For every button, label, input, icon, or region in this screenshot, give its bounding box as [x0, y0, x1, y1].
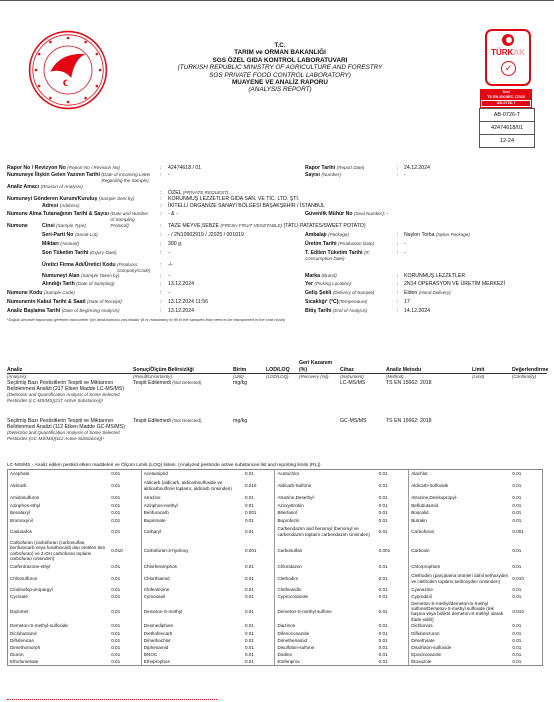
substance-name: Dimethomorph [8, 644, 110, 651]
substance-loq: 0.01 [243, 637, 275, 644]
value-package: Naylon Torba (Nylon Package) [404, 232, 470, 238]
value-report-no: 42474618 / 01 [168, 165, 201, 171]
substance-loq: 0.001 [377, 539, 409, 563]
accreditation-no: AB-0726-T [480, 109, 534, 122]
substance-name: Diethofencarb [141, 630, 243, 637]
analysis-row-1-unit: mg/kg [233, 380, 247, 386]
substance-name: Acephate [8, 470, 110, 478]
substance-name: Diuron [8, 651, 110, 658]
substance-name: Cycloate [8, 594, 110, 601]
field-address: Adresi (Address) [42, 203, 80, 209]
substance-loq: 0.01 [243, 651, 275, 658]
field-expiry-date: Son Tüketim Tarihi (Expiry Date) [42, 250, 117, 256]
substance-loq: 0.01 [243, 572, 275, 586]
substance-name: Chloridazon [275, 563, 377, 572]
substance-name: Azinphos-methyl [141, 503, 243, 510]
substance-loq: 0.01 [109, 572, 141, 586]
substance-loq: 0.01 [109, 470, 141, 478]
substance-name: Clethodim [275, 572, 377, 586]
substance-loq: 0.01 [109, 644, 141, 651]
substance-name: Buprofezin [275, 517, 377, 525]
substance-loq: 0.01 [243, 630, 275, 637]
value-sent-by: KORUNMUŞ LEZZETLER GIDA SAN. VE TİC. LTD… [168, 196, 299, 202]
field-temperature: Sıcaklığı¹ (°C)(Temperature) [305, 299, 367, 305]
col-analysis-en: (Analysis) [7, 374, 26, 379]
substance-loq: 0.01 [243, 586, 275, 594]
substance-name: Diflubenzuron [409, 630, 511, 637]
substance-name: Ethofumesate [8, 658, 110, 665]
value-amount: 300 g [168, 241, 181, 247]
analysis-row-1-name: Seçilmiş Bazı Pestisitlerin Tespiti ve M… [7, 380, 125, 404]
substance-loq: 0.01 [109, 630, 141, 637]
table-row: Bromoxynil0.01Bupirimate0.01Buprofezin0.… [8, 517, 543, 525]
value-production-date: - [404, 241, 406, 247]
substance-name: Difenoconazole [275, 630, 377, 637]
substance-loq: 0.01 [377, 563, 409, 572]
table-row: Diuron0.01DNOC0.01Dodine0.01Epoxiconazol… [8, 651, 543, 658]
analysis-row-1-instrument: LC-MS/MS [340, 380, 365, 386]
substance-loq: 0.01 [377, 601, 409, 623]
substance-name: Dazomet [8, 601, 110, 623]
substance-name: Clothianidin [275, 586, 377, 594]
value-temperature: 17 [404, 299, 410, 305]
substance-loq: 0.01 [243, 644, 275, 651]
turkak-accreditation-logo: TÜRKAK ✓ Test TS EN ISO/IEC 17025 AB-072… [480, 29, 533, 108]
substance-loq: 0.01 [243, 658, 275, 665]
col-method-en: (Method) [386, 374, 404, 379]
substance-name: Aldicarb [8, 478, 110, 494]
table-row: Amidosulfuron0.01Atrazine0.01Atrazine,De… [8, 494, 543, 503]
substance-loq: 0.01 [109, 510, 141, 517]
substance-loq: 0.01 [377, 651, 409, 658]
substance-name: DNOC [141, 651, 243, 658]
substance-loq: 0.01 [109, 503, 141, 510]
field-picking-location: Yer (Picking Location) [305, 281, 351, 287]
substance-loq: 0.001 [243, 539, 275, 563]
analysis-row-1-result: Tespit Edilemedi (Not Detected) [133, 380, 202, 386]
substance-loq: 0.01 [377, 658, 409, 665]
substance-name: Cadusafos [8, 525, 110, 539]
substance-loq: 0.01 [243, 525, 275, 539]
substance-name: Benalaxyl [8, 510, 110, 517]
value-number: - [404, 172, 406, 178]
table-row: Dazomet0.01Demeton-S-methyl0.01Demeton-S… [8, 601, 543, 623]
brand-main: TÜRK [491, 48, 513, 57]
substance-name: Carbofuran-3-hydroxy [141, 539, 243, 563]
field-recommended-consumption-date: T. Edilen Tüketim Tarihi (R. Consumption… [305, 250, 395, 262]
field-sample-type: Numune [7, 223, 28, 229]
substance-loq: 0.010 [510, 601, 542, 623]
substance-loq: 0.01 [510, 658, 542, 665]
substance-name: Cymoxanil [141, 594, 243, 601]
table-row: Dimethomorph0.01Diphenamid0.01Disulfoton… [8, 644, 543, 651]
field-reason: Analiz Amacı (Reason of Analysis) [7, 184, 83, 190]
table-row: Cycloate0.01Cymoxanil0.01Cyproconazole0.… [8, 594, 543, 601]
substance-name: Cyanazine [409, 586, 511, 594]
value-sampling-protocol: - & - [168, 211, 178, 217]
field-production-date: Üretim Tarihi (Production Date) [305, 241, 374, 247]
substance-loq: 0.01 [109, 637, 141, 644]
field-end-of-analysis: Bitiş Tarihi (End of Analysis) [305, 308, 367, 314]
report-id-boxes: AB-0726-T 42474618/01 12-24 [479, 108, 535, 148]
field-sample-taken-by: Numuneyi Alan (Sample Taken by) [42, 273, 119, 279]
substance-loq: 0.01 [243, 622, 275, 630]
field-amount: Miktarı (Amount) [42, 241, 79, 247]
analysis-row-2-name: Seçilmiş Bazı Pestisitlerin Tespiti ve M… [7, 418, 125, 442]
substance-name: Dimethoate [409, 637, 511, 644]
substance-name: Carbosulfan [275, 539, 377, 563]
table-row: Demeton-S-methyl-sulfoxide0.01Desmedipha… [8, 622, 543, 630]
table-header-divider [7, 373, 547, 374]
substance-name: Desmedipham [141, 622, 243, 630]
substance-loq: 0.01 [510, 503, 542, 510]
substance-loq: 0.01 [510, 594, 542, 601]
table-row: Chlorsulfuron0.01Chlorthiamid0.01Clethod… [8, 572, 543, 586]
analysis-row-2-unit: mg/kg [233, 418, 247, 424]
field-receipt-date: Numunenin Kabul Tarihi & Saati (Date of … [7, 299, 122, 305]
substance-name: Etofenprox [275, 658, 377, 665]
lod-list-table: Acephate0.01Acetamiprid0.01Acetochlor0.0… [7, 469, 543, 666]
substance-name: Atrazine [141, 494, 243, 503]
substance-name: Butralin [409, 517, 511, 525]
substance-loq: 0.01 [510, 517, 542, 525]
substance-loq: 0.01 [377, 478, 409, 494]
field-delivery: Geliş Şekli (Delivery of Sample) [305, 290, 374, 296]
substance-name: Azinphos-ethyl [8, 503, 110, 510]
substance-name: Cyproconazole [275, 594, 377, 601]
substance-name: Acetamiprid [141, 470, 243, 478]
substance-name: Azoxystrobin [275, 503, 377, 510]
substance-name: Boscalid [409, 510, 511, 517]
substance-name: Demeton-S-methyl-sulfoxide [8, 622, 110, 630]
substance-name: Benfuracarb [141, 510, 243, 517]
substance-loq: 0.01 [377, 622, 409, 630]
value-expiry-date: - [168, 250, 170, 256]
substance-loq: 0.01 [109, 494, 141, 503]
substance-loq: 0.010 [243, 478, 275, 494]
substance-name: Aldicarb-Sulfone [275, 478, 377, 494]
substance-loq: 0.01 [109, 622, 141, 630]
substance-loq: 0.01 [510, 651, 542, 658]
ministry-name-en: (TURKISH REPUBLIC MINISTRY OF AGRICULTUR… [130, 64, 430, 71]
field-brand: Marka (Brand) [305, 273, 337, 279]
accreditation-code: AB-0726-T [481, 100, 531, 107]
substance-loq: 0.01 [377, 630, 409, 637]
substance-loq: 0.010 [510, 572, 542, 586]
table-row: Acephate0.01Acetamiprid0.01Acetochlor0.0… [8, 470, 543, 478]
ministry-name: TARIM ve ORMAN BAKANLIĞI [130, 49, 430, 56]
substance-loq: 0.01 [243, 601, 275, 623]
substance-loq: 0.01 [377, 517, 409, 525]
substance-name: Carbendazim and benomyl (benomyl ve carb… [275, 525, 377, 539]
substance-name: Clodinafop-propargyl [8, 586, 110, 594]
table-row: Clodinafop-propargyl0.01Clofentezine0.01… [8, 586, 543, 594]
substance-loq: 0.01 [510, 478, 542, 494]
lab-name-en: SGS PRIVATE FOOD CONTROL LABORATORY) [130, 72, 430, 79]
value-serial-lot: - / 2N10902919 / J2025 / 001019 [168, 232, 244, 238]
substance-name: Chlorthiamid [141, 572, 243, 586]
value-receipt-date: 13.12.2024 11:56 [168, 299, 208, 305]
substance-name: Diazinon [275, 622, 377, 630]
substance-name: Dichlorvos [409, 622, 511, 630]
table-row: Diflufenican0.01Dimethachlor0.01Dimethen… [8, 637, 543, 644]
substance-loq: 0.01 [377, 637, 409, 644]
field-sample-type-label: Cinsi (Sample Type) [42, 223, 86, 229]
lod-list-title: LC-MS/MS - Analiz edilen pestisit etken … [7, 463, 321, 468]
substance-loq: 0.01 [109, 658, 141, 665]
substance-name: Alachlor [409, 470, 511, 478]
substance-name: Dimethenamid [275, 637, 377, 644]
field-seal-number: Güvenlik Mühür No (Seal Number): - [305, 211, 389, 217]
substance-loq: 0.01 [377, 503, 409, 510]
substance-name: Atrazine,Desisopropyl- [409, 494, 511, 503]
table-row: Aldicarb0.01Aldicarb (aldicarb, aldicarb… [8, 478, 543, 494]
substance-name: Carfentrazone-ethyl [8, 563, 110, 572]
crescent-icon [502, 34, 514, 46]
substance-name: Carboxin [409, 539, 511, 563]
substance-loq: 0.001 [510, 525, 542, 539]
brand-accent: AK [513, 48, 525, 57]
substance-loq: 0.01 [109, 478, 141, 494]
substance-loq: 0.01 [109, 594, 141, 601]
value-delivery: Elden (Hand Delivery) [404, 290, 451, 296]
substance-name: Dodine [275, 651, 377, 658]
substance-name: Demeton-S-methyl sulfone [275, 601, 377, 623]
substance-loq: 0.01 [109, 563, 141, 572]
col-lod-loq-en: (LOD/LOQ) [266, 374, 288, 379]
substance-loq: 0.01 [243, 563, 275, 572]
check-icon: ✓ [501, 61, 516, 76]
value-producer: -/- [168, 262, 173, 268]
col-recovery: Geri Kazanım (%) [299, 360, 339, 373]
substance-loq: 0.01 [510, 622, 542, 630]
substance-name: Chlorfenvinphos [141, 563, 243, 572]
substance-name: Diphenamid [141, 644, 243, 651]
col-unit-en: (Unit) [233, 374, 244, 379]
substance-loq: 0.01 [510, 630, 542, 637]
substance-loq: 0.01 [243, 470, 275, 478]
substance-loq: 0.01 [510, 539, 542, 563]
substance-loq: 0.01 [243, 503, 275, 510]
analysis-row-1-method: TS EN 15662: 2018 [386, 380, 432, 386]
field-sent-by: Numuneyi Gönderen Kurum/Kuruluş (Sample … [7, 196, 134, 202]
substance-name: Disulfoton-sulfoxide [409, 644, 511, 651]
substance-loq: 0.01 [510, 586, 542, 594]
field-analysis-start: Analiz Başlama Tarihi (Date of Beginning… [7, 308, 120, 314]
substance-name: Etoxazole [409, 658, 511, 665]
substance-loq: 0.01 [243, 517, 275, 525]
substance-name: Bromoxynil [8, 517, 110, 525]
cold-chain-footnote: ¹Soğuk zincirde taşınması gereken numune… [7, 317, 285, 322]
report-header: T.C. TARIM ve ORMAN BAKANLIĞI SGS ÖZEL G… [130, 42, 430, 94]
substance-loq: 0.01 [377, 494, 409, 503]
substance-loq: 0.01 [109, 586, 141, 594]
substance-loq: 0.01 [510, 644, 542, 651]
substance-name: Chlorsulfuron [8, 572, 110, 586]
substance-loq: 0.01 [377, 644, 409, 651]
substance-loq: 0.01 [109, 601, 141, 623]
col-limit-en: (Limit) [472, 374, 484, 379]
substance-name: Diclobutrazol [8, 630, 110, 637]
substance-name: Chlorpropham [409, 563, 511, 572]
table-row: Benalaxyl0.01Benfuracarb0.001Bitertanol0… [8, 510, 543, 517]
substance-name: Epoxiconazole [409, 651, 511, 658]
substance-name: Disulfoton-sulfone [275, 644, 377, 651]
value-sampling-date: 13.12.2024 [168, 281, 194, 287]
turkak-word: TÜRKAK [487, 48, 529, 57]
field-number: Sayısı (Number) [305, 172, 341, 178]
analysis-row-2-result: Tespit Edilemedi (Not Detected) [133, 418, 202, 424]
table-row: Cadusafos0.01Carbaryl0.01Carbendazim and… [8, 525, 543, 539]
field-incoming-letter-date: Numuneye İlişkin Gelen Yazının Tarihi (D… [7, 172, 161, 184]
substance-name: Carbofuran [409, 525, 511, 539]
substance-name: Aldicarb-Sulfoxide [409, 478, 511, 494]
substance-name: Clofentezine [141, 586, 243, 594]
field-report-date: Rapor Tarihi (Report Date) [305, 165, 364, 171]
col-instrument-en: (Instrument) [340, 374, 364, 379]
table-row: Ethofumesate0.01Ethoprophos0.01Etofenpro… [8, 658, 543, 665]
substance-name: Dimethachlor [141, 637, 243, 644]
substance-loq: 0.001 [243, 510, 275, 517]
substance-loq: 0.01 [377, 510, 409, 517]
substance-loq: 0.01 [109, 525, 141, 539]
table-row: Carfentrazone-ethyl0.01Chlorfenvinphos0.… [8, 563, 543, 572]
ministry-seal-icon [28, 30, 108, 110]
substance-name: Diflufenican [8, 637, 110, 644]
substance-loq: 0.01 [377, 470, 409, 478]
field-package: Ambalajı (Package) [305, 232, 349, 238]
substance-loq: 0.01 [377, 586, 409, 594]
table-row: Carbofuran (carbofuran (carbosulfan, ben… [8, 539, 543, 563]
col-recovery-en: (Recovery (%)) [299, 374, 329, 379]
report-no: 42474618/01 [480, 122, 534, 135]
value-sample-taken-by: - [168, 273, 170, 279]
substance-loq: 0.01 [510, 637, 542, 644]
value-analysis-start: 13.12.2024 [168, 308, 194, 314]
substance-loq: 0.01 [243, 494, 275, 503]
substance-name: Acetochlor [275, 470, 377, 478]
lab-name: SGS ÖZEL GIDA KONTROL LABORATUVARI [130, 57, 430, 64]
value-sample-type: TAZE MEYVE,SEBZE (FRESH FRUIT VEGETABLE)… [168, 223, 366, 229]
col-result-en: (Result/Uncertainty) [133, 374, 172, 379]
substance-name: Bitertanol [275, 510, 377, 517]
turkak-badge: TÜRKAK ✓ [485, 29, 531, 86]
col-conformity-en: (Conformity) [512, 374, 536, 379]
value-end-of-analysis: 14.12.2024 [404, 308, 430, 314]
accreditation-standard: TS EN ISO/IEC 17025 [480, 95, 532, 100]
analysis-row-2-instrument: GC-MS/MS [340, 418, 367, 424]
table-row: Diclobutrazol0.01Diethofencarb0.01Difeno… [8, 630, 543, 637]
substance-name: Carbaryl [141, 525, 243, 539]
substance-loq: 0.01 [377, 525, 409, 539]
value-report-date: 24.12.2024 [404, 165, 430, 171]
value-picking-location: 2N14 OPERASYON VE ÜRETİM MERKEZİ [404, 281, 505, 287]
field-sampling-date: Alındığı Tarih (Date of Sampling) [42, 281, 115, 287]
substance-name: Demeton-S-methyl [141, 601, 243, 623]
value-incoming-letter-date: - [168, 172, 170, 178]
value-sample-code: - [168, 290, 170, 296]
substance-name: Amidosulfuron [8, 494, 110, 503]
field-sample-code: Numune Kodu (Sample Code) [7, 290, 75, 296]
substance-name: Aldicarb (aldicarb, aldicarbsulfoxide ve… [141, 478, 243, 494]
substance-name: Cyprodinil [409, 594, 511, 601]
report-title: MUAYENE VE ANALİZ RAPORU [130, 79, 430, 86]
substance-loq: 0.01 [510, 470, 542, 478]
field-serial-lot: Seri-Parti No (Serial-Lot) [42, 232, 98, 238]
report-period: 12-24 [480, 135, 534, 147]
report-title-en: (ANALYSIS REPORT) [130, 86, 430, 93]
substance-name: Ethoprophos [141, 658, 243, 665]
substance-name: Carbofuran (carbofuran (carbosulfan, ben… [8, 539, 110, 563]
substance-loq: 0.01 [109, 651, 141, 658]
accreditation-box: Test TS EN ISO/IEC 17025 AB-0726-T [480, 89, 532, 108]
substance-name: Clethodim (parçalama ürünleri dahil seth… [409, 572, 511, 586]
substance-loq: 0.01 [377, 594, 409, 601]
value-recommended-consumption-date: - [404, 250, 406, 256]
value-brand: KORUNMUŞ LEZZETLER [404, 273, 465, 279]
substance-loq: 0.01 [510, 510, 542, 517]
substance-name: Demeton-S-methyl/demeton-S-methyl sulfon… [409, 601, 511, 623]
substance-loq: 0.01 [510, 563, 542, 572]
substance-loq: 0.01 [510, 494, 542, 503]
analysis-row-2-method: TS EN 15662: 2018 [386, 418, 432, 424]
substance-loq: 0.010 [109, 539, 141, 563]
substance-loq: 0.01 [243, 594, 275, 601]
value-seal-number: - [387, 211, 389, 217]
value-address: İKİTELLİ ORGANİZE SANAYİ BÖLGESİ BAŞAKŞE… [168, 203, 325, 209]
top-border [0, 0, 554, 1]
substance-name: Atrazine,Desethyl- [275, 494, 377, 503]
substance-loq: 0.01 [109, 517, 141, 525]
substance-name: Bupirimate [141, 517, 243, 525]
substance-loq: 0.01 [377, 572, 409, 586]
substance-name: Beflubutamid [409, 503, 511, 510]
table-row: Azinphos-ethyl0.01Azinphos-methyl0.01Azo… [8, 503, 543, 510]
field-report-no: Rapor No / Revizyon No (Report No / Revi… [7, 165, 120, 171]
